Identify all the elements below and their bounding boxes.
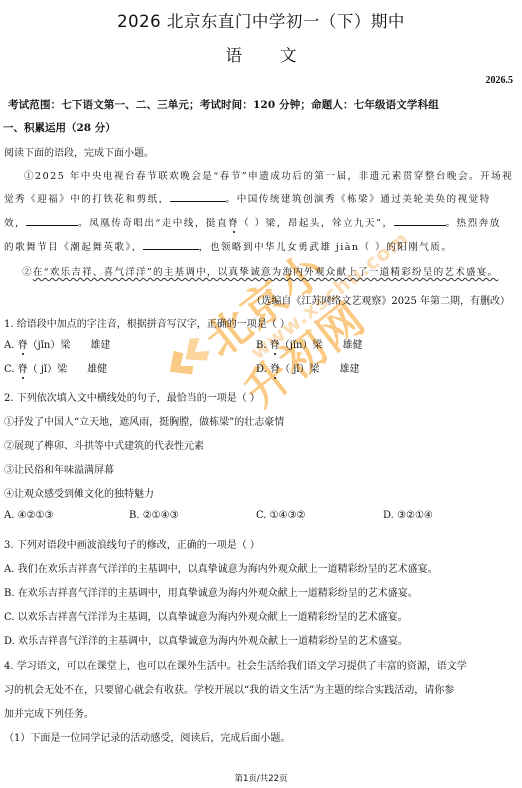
- question-1-option-b[interactable]: B. 脊（jǐn）梁雄健: [256, 336, 362, 351]
- passage-text: 。凤凰传奇唱出“走中线，挺直: [78, 218, 228, 229]
- page-footer: 第1页/共22页: [0, 772, 522, 784]
- passage-line: 效，。凤凰传奇唱出“走中线，挺直脊（ ）梁，昂起头，耸立九天”，。热烈奔放: [4, 215, 501, 229]
- dotted-character: 脊: [228, 215, 239, 229]
- subject-char: 语: [226, 42, 243, 66]
- question-2-item: ①抒发了中国人“立天地，遮风雨，挺胸膛，做栋梁”的壮志豪情: [4, 413, 284, 428]
- option-text: （ jǐ）梁: [28, 364, 67, 375]
- question-2-option-d[interactable]: D. ③②①④: [383, 510, 433, 521]
- question-2-option-c[interactable]: C. ①④③②: [256, 510, 306, 521]
- question-2-item: ③让民俗和年味溢满屏幕: [4, 461, 114, 476]
- exam-page: 北京小升初网 www.xschu.com 2026 北京东直门中学初一（下）期中…: [0, 0, 522, 788]
- option-word: 雄健: [342, 340, 362, 351]
- section-heading: 一、积累运用（28 分）: [3, 120, 116, 135]
- question-3-option-a[interactable]: A. 我们在欢乐吉祥喜气洋洋的主基调中，以真挚诚意为海内外观众献上一道精彩纷呈的…: [4, 560, 438, 575]
- option-text: （jǐn）梁: [28, 340, 71, 351]
- dotted-character: 脊: [18, 336, 28, 351]
- wavy-underlined-sentence: 在“欢乐吉祥、喜气洋洋”的主基调中，以真挚诚意为海内外观众献上了一道精彩纷呈的艺…: [33, 267, 499, 278]
- passage-line: ①2025 年中央电视台春节联欢晚会是“春节”申遗成功后的第一届，非遗元素贯穿整…: [24, 168, 513, 182]
- subject-title: 语文: [0, 42, 522, 66]
- question-3-option-c[interactable]: C. 以欢乐吉祥喜气洋洋为主基调，以真挚诚意为海内外观众献上一道精彩纷呈的艺术盛…: [4, 608, 408, 623]
- option-label: B.: [256, 340, 270, 351]
- subject-char: 文: [280, 42, 297, 66]
- question-3-stem: 3. 下列对语段中画波浪线句子的修改，正确的一项是（ ）: [4, 536, 260, 551]
- fill-blank-3[interactable]: [394, 216, 446, 226]
- fill-blank-1[interactable]: [170, 192, 226, 202]
- fill-blank-4[interactable]: [143, 240, 199, 250]
- question-4-stem-line: 4. 学习语文，可以在课堂上，也可以在课外生活中。社会生活给我们语文学习提供了丰…: [4, 657, 467, 672]
- option-word: 雄健: [87, 364, 107, 375]
- passage-text: 。中国传统建筑创演秀《栋梁》通过美轮美奂的视觉特: [226, 194, 491, 205]
- option-label: A.: [4, 340, 18, 351]
- option-label: C.: [4, 364, 18, 375]
- question-1-option-c[interactable]: C. 脊（ jǐ）梁雄健: [4, 360, 107, 375]
- passage-line: 的歌舞节目《潮起舞英歌》，，也领略到中华儿女勇武雄 jiàn（ ）的阳刚气质。: [4, 239, 452, 253]
- passage-text: ，也领略到中华儿女勇武雄 jiàn（ ）的阳刚气质。: [199, 242, 453, 253]
- question-3-option-b[interactable]: B. 在欢乐吉祥喜气洋洋的主基调中，用真挚诚意为海内外观众献上一道精彩纷呈的艺术…: [4, 584, 418, 599]
- paragraph-number: ②: [22, 267, 33, 278]
- watermark-logo-icon: [157, 329, 217, 387]
- passage-line: ②在“欢乐吉祥、喜气洋洋”的主基调中，以真挚诚意为海内外观众献上了一道精彩纷呈的…: [22, 264, 498, 278]
- question-4-subquestion: （1）下面是一位同学记录的活动感受，阅读后，完成后面小题。: [4, 729, 290, 744]
- exam-date: 2026.5: [486, 75, 514, 86]
- passage-text: 的歌舞节目《潮起舞英歌》，: [4, 242, 143, 253]
- passage-line: 觉秀《迎福》中的打铁花和剪纸，。中国传统建筑创演秀《栋梁》通过美轮美奂的视觉特: [4, 191, 491, 205]
- passage-source: （选编自《江苏网络文艺观察》2025 年第二期，有删改）: [251, 292, 510, 307]
- exam-info: 考试范围：七下语文第一、二、三单元；考试时间：120 分钟；命题人：七年级语文学…: [8, 97, 439, 112]
- question-2-option-a[interactable]: A. ④②①③: [4, 510, 53, 521]
- passage-text: 效，: [4, 218, 26, 229]
- dotted-character: 脊: [270, 360, 280, 375]
- question-4-stem-line: 加并完成下列任务。: [4, 705, 94, 720]
- option-word: 雄建: [340, 364, 360, 375]
- dotted-character: 脊: [270, 336, 280, 351]
- question-2-item: ②展现了榫卯、斗拱等中式建筑的代表性元素: [4, 437, 204, 452]
- passage-text: （ ）梁，昂起头，耸立九天”，: [239, 218, 393, 229]
- question-3-option-d[interactable]: D. 欢乐吉祥喜气洋洋的主基调中，以真挚诚意为海内外观众献上一道精彩纷呈的艺术盛…: [4, 632, 408, 647]
- question-1-option-a[interactable]: A. 脊（jǐn）梁雄建: [4, 336, 110, 351]
- question-1-option-d[interactable]: D. 脊（ jǐ）梁雄建: [256, 360, 360, 375]
- question-2-stem: 2. 下列依次填入文中横线处的句子，最恰当的一项是（ ）: [4, 389, 260, 404]
- question-1-stem: 1. 给语段中加点的字注音，根据拼音写汉字，正确的一项是（ ）: [4, 315, 290, 330]
- option-text: （jǐn）梁: [280, 340, 323, 351]
- passage-text: 觉秀《迎福》中的打铁花和剪纸，: [4, 194, 170, 205]
- option-label: D.: [256, 364, 270, 375]
- option-word: 雄建: [90, 340, 110, 351]
- question-2-option-b[interactable]: B. ②①④③: [129, 510, 179, 521]
- dotted-character: 脊: [18, 360, 28, 375]
- question-4-stem-line: 习的机会无处不在，只要留心就会有收获。学校开展以“我的语文生活”为主题的综合实践…: [4, 681, 454, 696]
- passage-text: 。热烈奔放: [446, 218, 501, 229]
- question-2-item: ④让观众感受到傩文化的独特魅力: [4, 485, 154, 500]
- exam-title: 2026 北京东直门中学初一（下）期中: [0, 8, 522, 32]
- section-instruction: 阅读下面的语段，完成下面小题。: [4, 144, 154, 159]
- option-text: （ jǐ）梁: [280, 364, 319, 375]
- fill-blank-2[interactable]: [26, 216, 78, 226]
